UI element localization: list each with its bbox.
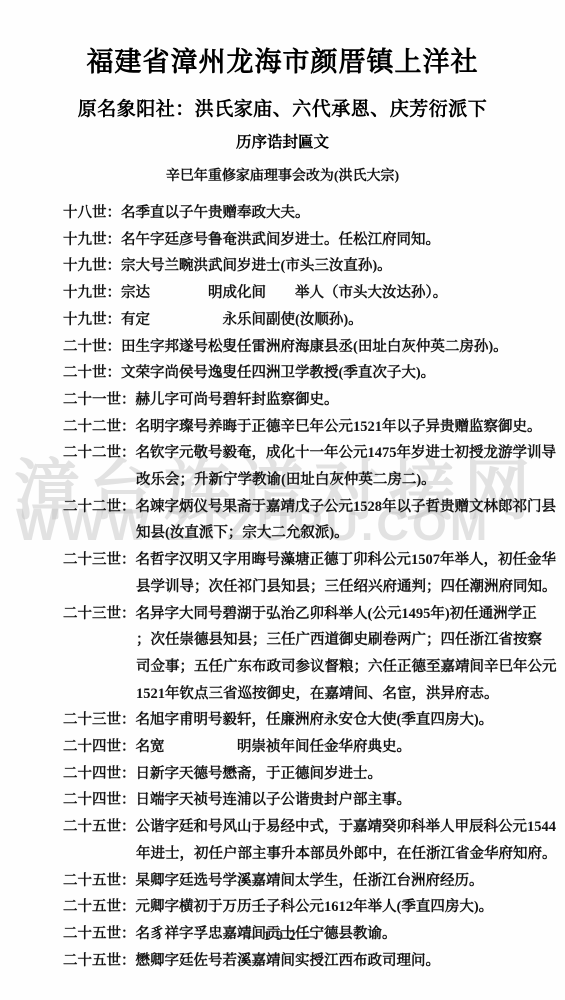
- genealogy-entry: 二十五世：公谐字廷和号风山于易经中式，于嘉靖癸卯科举人甲辰科公元1544年进士，…: [63, 814, 527, 867]
- genealogy-entry: 二十五世：懋卿字廷佐号若溪嘉靖间实授江西布政司理问。: [63, 948, 527, 975]
- entry-line: 十九世：宗达 明成化间 举人（市头大汝达孙）。: [63, 280, 527, 307]
- generation-label: 十九世：: [63, 258, 121, 274]
- genealogy-entry: 二十三世：名异字大同号碧湖于弘治乙卯科举人(公元1495年)初任通洲学正；次任崇…: [63, 601, 527, 708]
- genealogy-entry: 二十世：田生字邦遂号松叟任雷洲府海康县丞(田址白灰仲英二房孙)。: [63, 334, 527, 361]
- entry-line-continuation: ；次任崇德县知县；三任广西道御史刷卷两广；四任浙江省按察: [63, 627, 527, 654]
- entry-text: 元卿字横初于万历壬子科公元1612年举人(季直四房大)。: [136, 899, 494, 915]
- entry-text: 名季直以子午贵赠奉政大夫。: [121, 205, 310, 221]
- entry-line: 二十世：文荣字尚侯号逸叟任四洲卫学教授(季直次子大)。: [63, 360, 527, 387]
- generation-label: 二十五世：: [63, 953, 136, 969]
- genealogy-entry: 二十二世：名明字璨号养晦于正德辛巳年公元1521年以子异贵赠监察御史。: [63, 414, 527, 441]
- genealogy-entry: 二十四世：日新字天德号懋斋，于正德间岁进士。: [63, 761, 527, 788]
- entry-text: 名旭字甫明号毅轩，任廉洲府永安仓大使(季直四房大)。: [136, 712, 494, 728]
- genealogy-entry: 二十三世：名哲字汉明又字用晦号藻塘正德丁卯科公元1507年举人，初任金华县学训导…: [63, 547, 527, 600]
- entry-line: 二十一世：赫儿字可尚号碧轩封监察御史。: [63, 387, 527, 414]
- section-heading: 历序诰封匾文: [0, 130, 565, 152]
- document-content: 福建省漳州龙海市颜厝镇上洋社 原名象阳社：洪氏家庙、六代承恩、庆芳衍派下 历序诰…: [0, 0, 565, 974]
- entry-text: 日端字天祯号连浦以子公谐贵封户部主事。: [136, 792, 412, 808]
- genealogy-entry: 十八世：名季直以子午贵赠奉政大夫。: [63, 200, 527, 227]
- entry-text: 名异字大同号碧湖于弘治乙卯科举人(公元1495年)初任通洲学正: [136, 606, 537, 622]
- entry-text: 赫儿字可尚号碧轩封监察御史。: [136, 392, 339, 408]
- generation-label: 十八世：: [63, 205, 121, 221]
- entry-line: 二十三世：名哲字汉明又字用晦号藻塘正德丁卯科公元1507年举人，初任金华: [63, 547, 527, 574]
- entry-text: 有定 永乐间副使(汝顺孙)。: [121, 312, 363, 328]
- entry-line-continuation: 1521年钦点三省巡按御史，在嘉靖间、名宦，洪异府志。: [63, 681, 527, 708]
- entry-line: 十八世：名季直以子午贵赠奉政大夫。: [63, 200, 527, 227]
- committee-note: 辛巳年重修家庙理事会改为(洪氏大宗): [0, 165, 565, 185]
- entry-text: 宗大号兰畹洪武间岁进士(市头三汝直孙)。: [121, 258, 392, 274]
- entry-line: 二十三世：名异字大同号碧湖于弘治乙卯科举人(公元1495年)初任通洲学正: [63, 601, 527, 628]
- entry-line-continuation: 知县(汝直派下；宗大二允叙派)。: [63, 520, 527, 547]
- entry-text: 杲卿字廷选号学溪嘉靖间太学生，任浙江台洲府经历。: [136, 873, 484, 889]
- entry-line: 二十三世：名旭字甫明号毅轩，任廉洲府永安仓大使(季直四房大)。: [63, 707, 527, 734]
- entry-line-continuation: 改乐会；升新宁学教谕(田址白灰仲英二房二)。: [63, 467, 527, 494]
- entry-text: 名竦字炳仪号果斋于嘉靖戊子公元1528年以子哲贵赠文林郎祁门县: [136, 499, 557, 515]
- generation-label: 十九世：: [63, 285, 121, 301]
- entry-line: 十九世：有定 永乐间副使(汝顺孙)。: [63, 307, 527, 334]
- generation-label: 十九世：: [63, 312, 121, 328]
- genealogy-entry: 十九世：有定 永乐间副使(汝顺孙)。: [63, 307, 527, 334]
- entry-text: 名哲字汉明又字用晦号藻塘正德丁卯科公元1507年举人，初任金华: [136, 552, 557, 568]
- genealogy-entry: 二十二世：名钦字元敬号毅奄，成化十一年公元1475年岁进士初授龙游学训导改乐会；…: [63, 440, 527, 493]
- scanned-document-page: 漳台族谱对接网 WWW.ZTZUPU.COM 福建省漳州龙海市颜厝镇上洋社 原名…: [0, 0, 565, 1000]
- genealogy-entry: 十九世：宗大号兰畹洪武间岁进士(市头三汝直孙)。: [63, 253, 527, 280]
- generation-label: 二十四世：: [63, 739, 136, 755]
- generation-label: 二十五世：: [63, 899, 136, 915]
- generation-label: 十九世：: [63, 232, 121, 248]
- generation-label: 二十三世：: [63, 712, 136, 728]
- entry-text: 文荣字尚侯号逸叟任四洲卫学教授(季直次子大)。: [121, 365, 435, 381]
- generation-label: 二十二世：: [63, 419, 136, 435]
- generation-label: 二十二世：: [63, 499, 136, 515]
- entry-line-continuation: 年进士，初任户部主事升本部员外郎中，在任浙江省金华府知府。: [63, 841, 527, 868]
- entry-line: 二十世：田生字邦遂号松叟任雷洲府海康县丞(田址白灰仲英二房孙)。: [63, 334, 527, 361]
- document-header: 福建省漳州龙海市颜厝镇上洋社 原名象阳社：洪氏家庙、六代承恩、庆芳衍派下 历序诰…: [0, 0, 565, 185]
- genealogy-entry: 二十一世：赫儿字可尚号碧轩封监察御史。: [63, 387, 527, 414]
- genealogy-entry: 二十二世：名竦字炳仪号果斋于嘉靖戊子公元1528年以子哲贵赠文林郎祁门县知县(汝…: [63, 494, 527, 547]
- generation-label: 二十三世：: [63, 552, 136, 568]
- entry-text: 懋卿字廷佐号若溪嘉靖间实授江西布政司理问。: [136, 953, 441, 969]
- generation-label: 二十一世：: [63, 392, 136, 408]
- generation-label: 二十四世：: [63, 766, 136, 782]
- entry-line-continuation: 司佥事；五任广东布政司参议督粮；六任正德至嘉靖间辛巳年公元: [63, 654, 527, 681]
- page-title: 福建省漳州龙海市颜厝镇上洋社: [0, 40, 565, 79]
- generation-label: 二十五世：: [63, 819, 136, 835]
- generation-label: 二十四世：: [63, 792, 136, 808]
- entry-line: 二十四世：日新字天德号懋斋，于正德间岁进士。: [63, 761, 527, 788]
- entry-line: 二十五世：公谐字廷和号风山于易经中式，于嘉靖癸卯科举人甲辰科公元1544: [63, 814, 527, 841]
- entry-line: 二十二世：名竦字炳仪号果斋于嘉靖戊子公元1528年以子哲贵赠文林郎祁门县: [63, 494, 527, 521]
- entry-text: 名宽 明崇祯年间任金华府典史。: [136, 739, 412, 755]
- generation-label: 二十世：: [63, 339, 121, 355]
- generation-label: 二十二世：: [63, 445, 136, 461]
- genealogy-entry: 二十四世：名宽 明崇祯年间任金华府典史。: [63, 734, 527, 761]
- entry-line: 二十五世：杲卿字廷选号学溪嘉靖间太学生，任浙江台洲府经历。: [63, 868, 527, 895]
- page-subtitle: 原名象阳社：洪氏家庙、六代承恩、庆芳衍派下: [0, 94, 565, 121]
- entry-line: 二十五世：懋卿字廷佐号若溪嘉靖间实授江西布政司理问。: [63, 948, 527, 975]
- entry-text: 公谐字廷和号风山于易经中式，于嘉靖癸卯科举人甲辰科公元1544: [136, 819, 557, 835]
- entry-line: 二十二世：名钦字元敬号毅奄，成化十一年公元1475年岁进士初授龙游学训导: [63, 440, 527, 467]
- generation-label: 二十三世：: [63, 606, 136, 622]
- generation-label: 二十五世：: [63, 873, 136, 889]
- genealogy-entry: 二十五世：元卿字横初于万历壬子科公元1612年举人(季直四房大)。: [63, 894, 527, 921]
- entry-line: 二十二世：名明字璨号养晦于正德辛巳年公元1521年以子异贵赠监察御史。: [63, 414, 527, 441]
- entry-line: 十九世：宗大号兰畹洪武间岁进士(市头三汝直孙)。: [63, 253, 527, 280]
- genealogy-entry: 十九世：名午字廷彦号鲁奄洪武间岁进士。任松江府同知。: [63, 227, 527, 254]
- entry-line-continuation: 县学训导；次任祁门县知县；三任绍兴府通判；四任潮洲府同知。: [63, 574, 527, 601]
- genealogy-entry: 十九世：宗达 明成化间 举人（市头大汝达孙）。: [63, 280, 527, 307]
- genealogy-entry: 二十世：文荣字尚侯号逸叟任四洲卫学教授(季直次子大)。: [63, 360, 527, 387]
- entry-text: 日新字天德号懋斋，于正德间岁进士。: [136, 766, 383, 782]
- generation-label: 二十世：: [63, 365, 121, 381]
- entry-text: 名钦字元敬号毅奄，成化十一年公元1475年岁进士初授龙游学训导: [136, 445, 557, 461]
- entry-text: 名午字廷彦号鲁奄洪武间岁进士。任松江府同知。: [121, 232, 440, 248]
- genealogy-entry: 二十四世：日端字天祯号连浦以子公谐贵封户部主事。: [63, 787, 527, 814]
- entries-list: 十八世：名季直以子午贵赠奉政大夫。十九世：名午字廷彦号鲁奄洪武间岁进士。任松江府…: [63, 200, 527, 974]
- page-number: —192—: [0, 928, 565, 944]
- entry-text: 宗达 明成化间 举人（市头大汝达孙）。: [121, 285, 447, 301]
- entry-text: 田生字邦遂号松叟任雷洲府海康县丞(田址白灰仲英二房孙)。: [121, 339, 508, 355]
- entry-line: 二十四世：日端字天祯号连浦以子公谐贵封户部主事。: [63, 787, 527, 814]
- entry-text: 名明字璨号养晦于正德辛巳年公元1521年以子异贵赠监察御史。: [136, 419, 542, 435]
- genealogy-entry: 二十五世：杲卿字廷选号学溪嘉靖间太学生，任浙江台洲府经历。: [63, 868, 527, 895]
- genealogy-entry: 二十三世：名旭字甫明号毅轩，任廉洲府永安仓大使(季直四房大)。: [63, 707, 527, 734]
- entry-line: 十九世：名午字廷彦号鲁奄洪武间岁进士。任松江府同知。: [63, 227, 527, 254]
- entry-line: 二十五世：元卿字横初于万历壬子科公元1612年举人(季直四房大)。: [63, 894, 527, 921]
- entry-line: 二十四世：名宽 明崇祯年间任金华府典史。: [63, 734, 527, 761]
